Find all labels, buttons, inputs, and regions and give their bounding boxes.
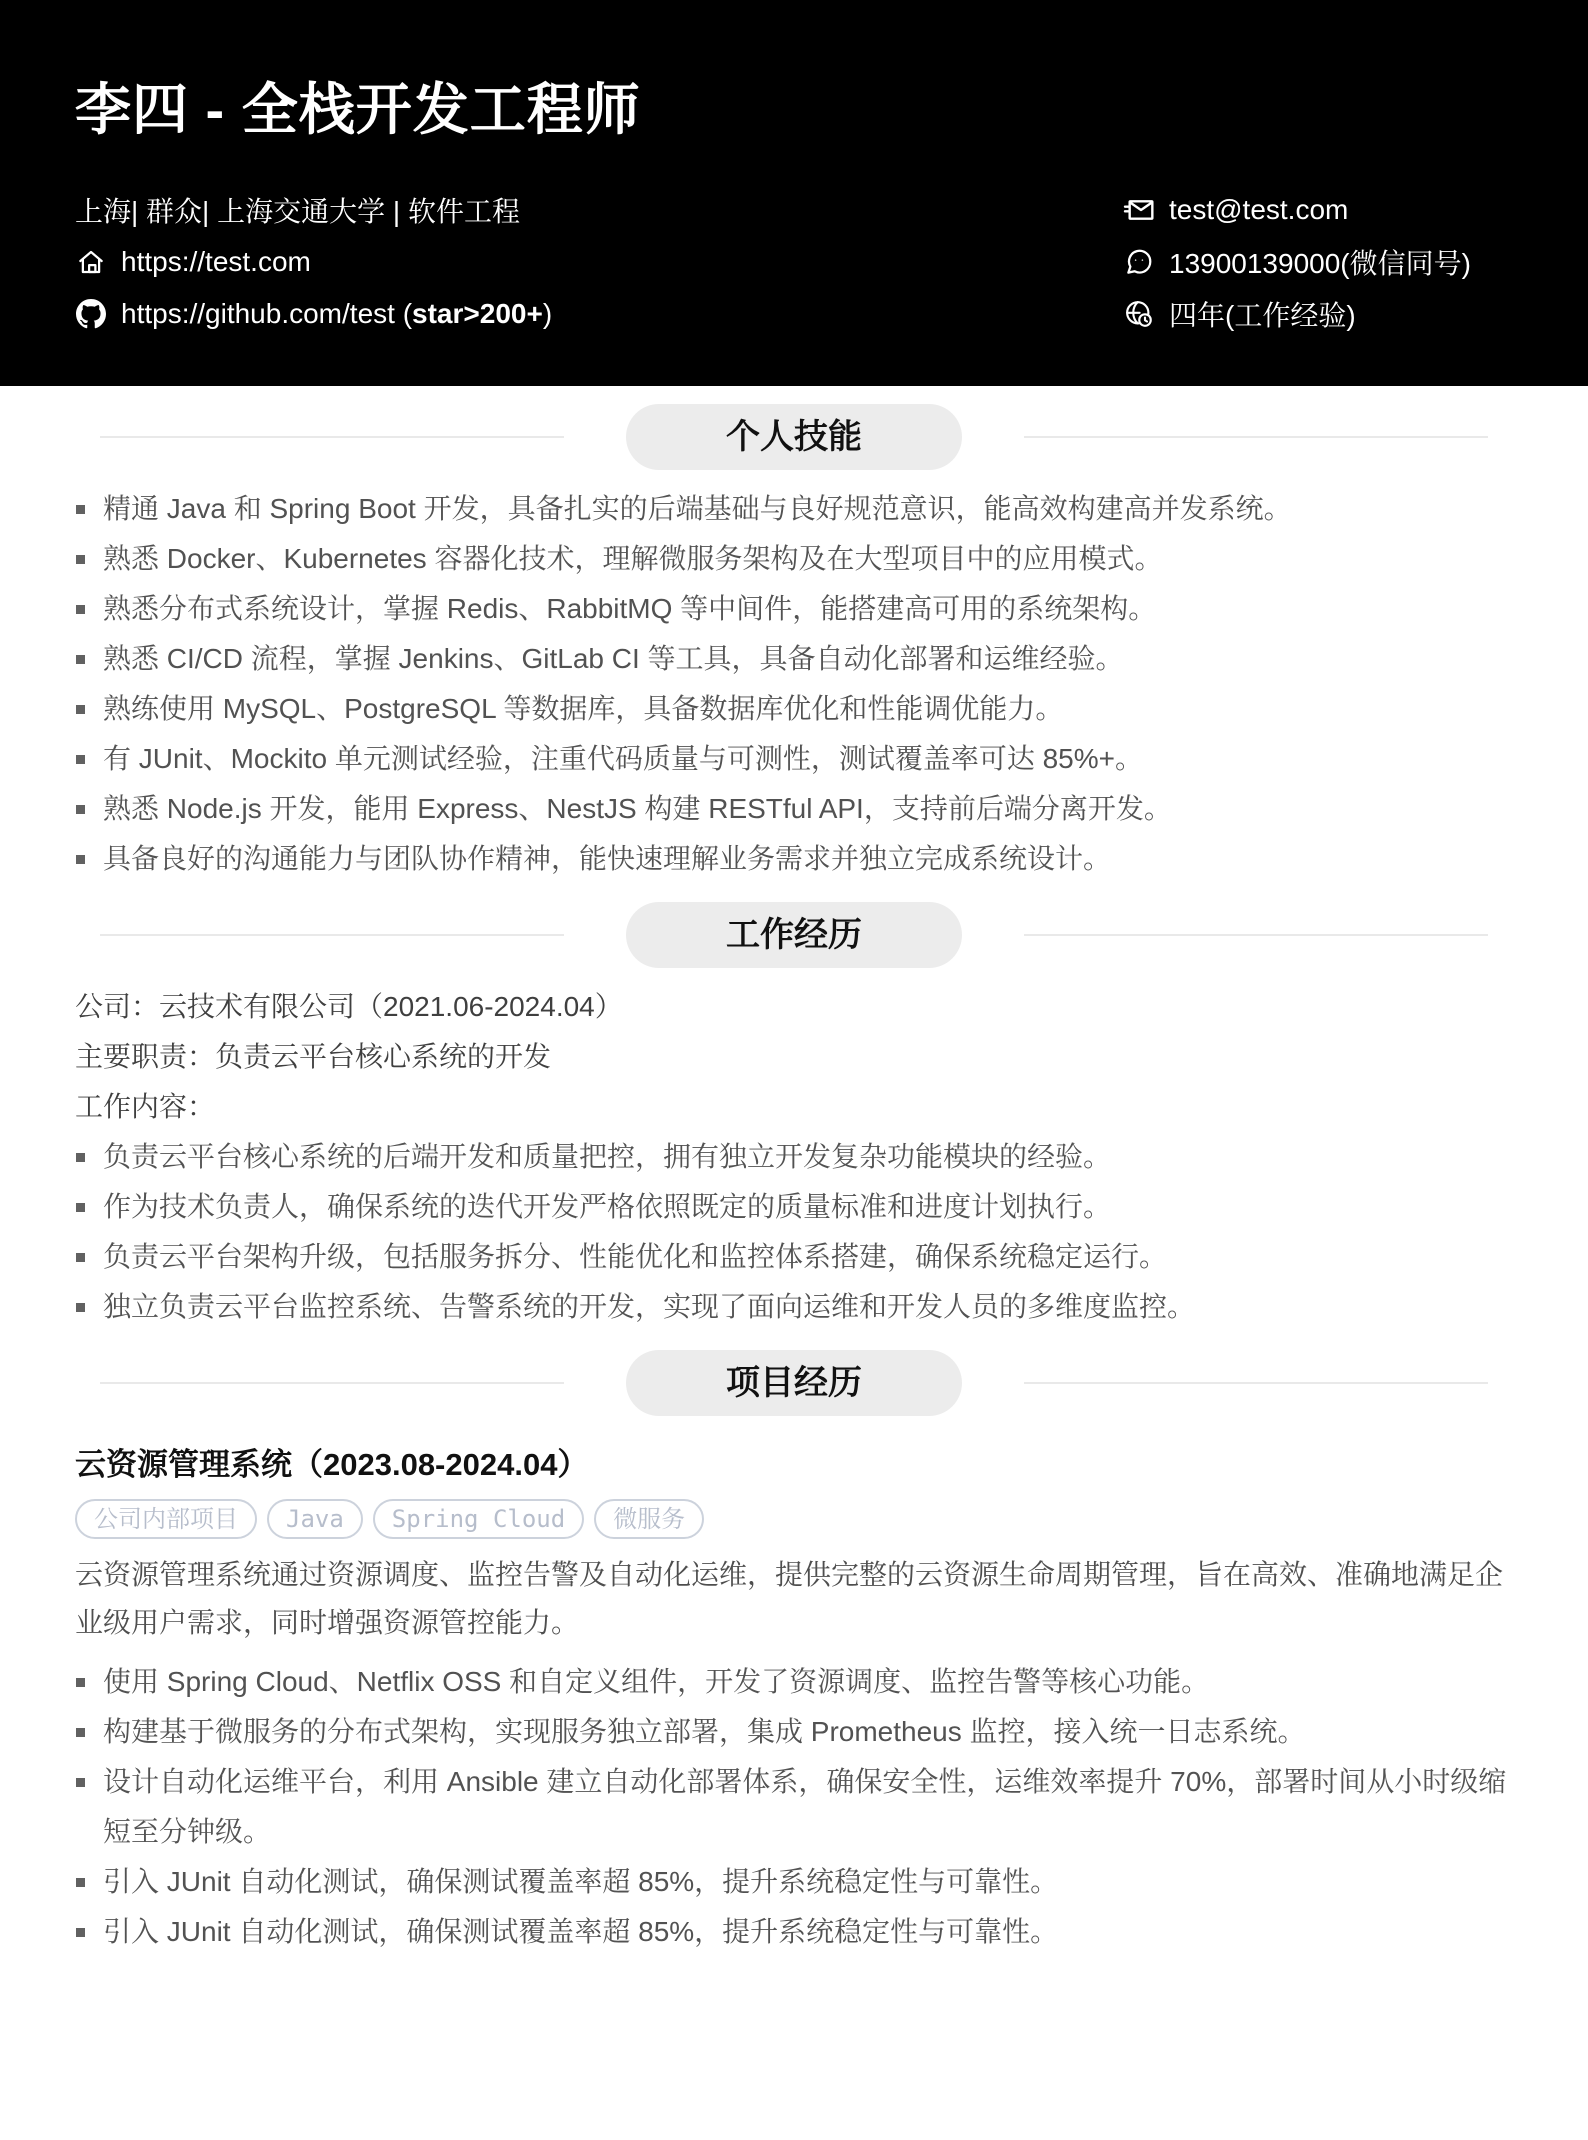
header-info-left: 上海| 群众| 上海交通大学 | 软件工程 https://test.com bbox=[75, 184, 552, 340]
section-header-skills: 个人技能 bbox=[75, 404, 1513, 470]
skill-item: 精通 Java 和 Spring Boot 开发，具备扎实的后端基础与良好规范意… bbox=[75, 484, 1513, 534]
skill-item: 熟悉分布式系统设计，掌握 Redis、RabbitMQ 等中间件，能搭建高可用的… bbox=[75, 584, 1513, 634]
project-item: 使用 Spring Cloud、Netflix OSS 和自定义组件，开发了资源… bbox=[75, 1657, 1513, 1707]
project-item: 引入 JUnit 自动化测试，确保测试覆盖率超 85%，提升系统稳定性与可靠性。 bbox=[75, 1857, 1513, 1907]
skill-item: 熟练使用 MySQL、PostgreSQL 等数据库，具备数据库优化和性能调优能… bbox=[75, 684, 1513, 734]
project-tag: Spring Cloud bbox=[373, 1499, 584, 1539]
header-info-right: test@test.com 13900139000(微信同号) bbox=[1123, 184, 1513, 340]
work-item: 负责云平台核心系统的后端开发和质量把控，拥有独立开发复杂功能模块的经验。 bbox=[75, 1132, 1513, 1182]
skill-item: 具备良好的沟通能力与团队协作精神，能快速理解业务需求并独立完成系统设计。 bbox=[75, 834, 1513, 884]
skill-item: 有 JUnit、Mockito 单元测试经验，注重代码质量与可测性，测试覆盖率可… bbox=[75, 734, 1513, 784]
section-header-projects: 项目经历 bbox=[75, 1350, 1513, 1416]
skill-item: 熟悉 Docker、Kubernetes 容器化技术，理解微服务架构及在大型项目… bbox=[75, 534, 1513, 584]
divider-line bbox=[100, 436, 564, 438]
email-link[interactable]: test@test.com bbox=[1169, 194, 1348, 226]
section-title-work: 工作经历 bbox=[626, 902, 962, 968]
home-icon bbox=[75, 246, 107, 278]
github-url-close: ) bbox=[543, 298, 552, 329]
work-item: 负责云平台架构升级，包括服务拆分、性能优化和监控体系搭建，确保系统稳定运行。 bbox=[75, 1232, 1513, 1282]
page-title: 李四 - 全栈开发工程师 bbox=[75, 82, 1513, 138]
resume-header: 李四 - 全栈开发工程师 上海| 群众| 上海交通大学 | 软件工程 https… bbox=[0, 0, 1588, 386]
project-title: 云资源管理系统（2023.08-2024.04） bbox=[75, 1446, 1513, 1483]
summary-text: 上海| 群众| 上海交通大学 | 软件工程 bbox=[75, 190, 520, 230]
github-row: https://github.com/test (star>200+) bbox=[75, 288, 552, 340]
github-url: https://github.com/test ( bbox=[121, 298, 412, 329]
phone-text: 13900139000(微信同号) bbox=[1169, 242, 1471, 282]
skill-item: 熟悉 Node.js 开发，能用 Express、NestJS 构建 RESTf… bbox=[75, 784, 1513, 834]
project-tag: Java bbox=[267, 1499, 363, 1539]
section-title-projects: 项目经历 bbox=[626, 1350, 962, 1416]
work-duty-line: 主要职责：负责云平台核心系统的开发 bbox=[75, 1032, 1513, 1082]
divider-line bbox=[1024, 1382, 1488, 1384]
header-info: 上海| 群众| 上海交通大学 | 软件工程 https://test.com bbox=[75, 184, 1513, 340]
section-title-skills: 个人技能 bbox=[626, 404, 962, 470]
email-row: test@test.com bbox=[1123, 184, 1513, 236]
phone-row: 13900139000(微信同号) bbox=[1123, 236, 1513, 288]
work-item: 独立负责云平台监控系统、告警系统的开发，实现了面向运维和开发人员的多维度监控。 bbox=[75, 1282, 1513, 1332]
skills-list: 精通 Java 和 Spring Boot 开发，具备扎实的后端基础与良好规范意… bbox=[75, 484, 1513, 884]
project-tag: 微服务 bbox=[594, 1499, 704, 1539]
website-link[interactable]: https://test.com bbox=[121, 246, 311, 278]
work-content-label: 工作内容： bbox=[75, 1082, 1513, 1132]
resume-body: 个人技能 精通 Java 和 Spring Boot 开发，具备扎实的后端基础与… bbox=[0, 404, 1588, 2017]
globe-clock-icon bbox=[1123, 298, 1155, 330]
website-row: https://test.com bbox=[75, 236, 552, 288]
project-list: 使用 Spring Cloud、Netflix OSS 和自定义组件，开发了资源… bbox=[75, 1657, 1513, 1957]
project-tag: 公司内部项目 bbox=[75, 1499, 257, 1539]
experience-text: 四年(工作经验) bbox=[1169, 294, 1356, 334]
project-item: 引入 JUnit 自动化测试，确保测试覆盖率超 85%，提升系统稳定性与可靠性。 bbox=[75, 1907, 1513, 1957]
work-item: 作为技术负责人，确保系统的迭代开发严格依照既定的质量标准和进度计划执行。 bbox=[75, 1182, 1513, 1232]
github-stars: star>200+ bbox=[412, 298, 543, 329]
experience-row: 四年(工作经验) bbox=[1123, 288, 1513, 340]
chat-icon bbox=[1123, 246, 1155, 278]
project-item: 设计自动化运维平台，利用 Ansible 建立自动化部署体系，确保安全性，运维效… bbox=[75, 1757, 1513, 1857]
divider-line bbox=[1024, 436, 1488, 438]
resume-page: 李四 - 全栈开发工程师 上海| 群众| 上海交通大学 | 软件工程 https… bbox=[0, 0, 1588, 2140]
project-description: 云资源管理系统通过资源调度、监控告警及自动化运维，提供完整的云资源生命周期管理，… bbox=[75, 1551, 1513, 1647]
github-link[interactable]: https://github.com/test (star>200+) bbox=[121, 298, 552, 330]
divider-line bbox=[100, 934, 564, 936]
work-company-line: 公司：云技术有限公司（2021.06-2024.04） bbox=[75, 982, 1513, 1032]
divider-line bbox=[100, 1382, 564, 1384]
project-item: 构建基于微服务的分布式架构，实现服务独立部署，集成 Prometheus 监控，… bbox=[75, 1707, 1513, 1757]
project-tags: 公司内部项目JavaSpring Cloud微服务 bbox=[75, 1499, 1513, 1539]
summary-row: 上海| 群众| 上海交通大学 | 软件工程 bbox=[75, 184, 552, 236]
skill-item: 熟悉 CI/CD 流程，掌握 Jenkins、GitLab CI 等工具，具备自… bbox=[75, 634, 1513, 684]
section-header-work: 工作经历 bbox=[75, 902, 1513, 968]
mail-icon bbox=[1123, 194, 1155, 226]
divider-line bbox=[1024, 934, 1488, 936]
work-list: 负责云平台核心系统的后端开发和质量把控，拥有独立开发复杂功能模块的经验。作为技术… bbox=[75, 1132, 1513, 1332]
github-icon bbox=[75, 298, 107, 330]
